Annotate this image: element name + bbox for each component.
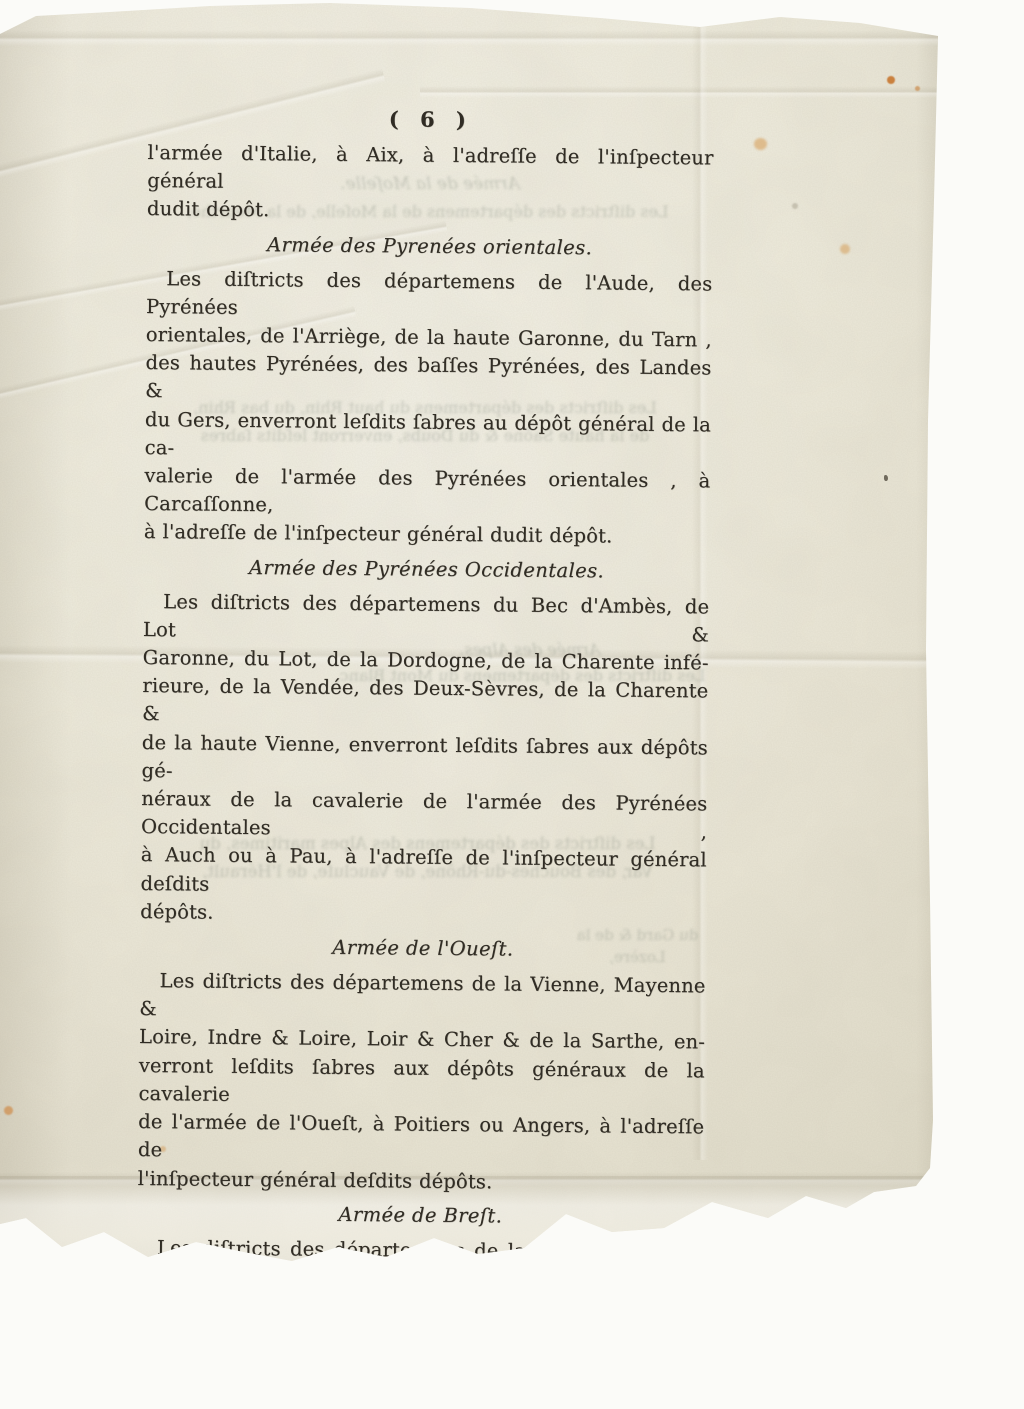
- text-line: de l'armée de l'Oueſt, à Poitiers ou Ang…: [138, 1108, 705, 1170]
- text-line: à l'adreſſe de l'inſpecteur général dudi…: [144, 518, 710, 552]
- paper-left-shading: [0, 0, 70, 1262]
- page-number: ( 6 ): [148, 104, 714, 134]
- text-block: ( 6 ) l'armée d'Italie, à Aix, à l'adreſ…: [136, 104, 714, 1332]
- text-line: Les diſtricts des départemens de la Loir…: [137, 1234, 704, 1296]
- text-line: valerie de l'armée des Pyrénées oriental…: [144, 462, 711, 524]
- text-line: à Auch ou à Pau, à l'adreſſe de l'inſpec…: [140, 841, 707, 903]
- text-line: Les diſtricts des départemens de la Vien…: [139, 967, 706, 1029]
- intro-paragraph: l'armée d'Italie, à Aix, à l'adreſſe de …: [147, 139, 714, 229]
- section-paragraph: Les diſtricts des départemens de l'Aude,…: [144, 265, 713, 552]
- text-line: dudit dépôt.: [147, 195, 713, 229]
- paper-sheet: Armée de la Moſelle.Les diſtricts des dé…: [0, 0, 938, 1262]
- text-line: néraux de la cavalerie de l'armée des Py…: [141, 785, 708, 847]
- section-heading: Armée de l'Oueſt.: [140, 934, 706, 962]
- text-line: du Gers, enverront leſdits ſabres au dép…: [145, 406, 712, 468]
- section-heading: Armée des Pyrénées Occidentales.: [143, 555, 709, 583]
- text-line: dépôts.: [140, 898, 706, 932]
- text-line: verront leſdits ſabres aux dépôts généra…: [138, 1052, 705, 1114]
- section-paragraph: Les diſtricts des départemens de la Vien…: [138, 967, 706, 1198]
- text-line: rieure, de la Vendée, des Deux-Sèvres, d…: [142, 672, 709, 734]
- text-line: des hautes Pyrénées, des baſſes Pyrénées…: [145, 349, 712, 411]
- text-line: l'inſpecteur général deſdits dépôts.: [138, 1164, 704, 1198]
- paper-right-shading: [916, 0, 938, 1262]
- text-line: Les diſtricts des départemens du Bec d'A…: [143, 588, 710, 650]
- section-heading: Armée des Pyrenées orientales.: [147, 232, 713, 260]
- text-line: Morbihan, du Finiſtère, des Côtes du Nor…: [136, 1290, 702, 1324]
- text-line: Les diſtricts des départemens de l'Aude,…: [146, 265, 713, 327]
- text-line: de la haute Vienne, enverront leſdits ſa…: [141, 729, 708, 791]
- section-paragraph: Les diſtricts des départemens de la Loir…: [136, 1234, 703, 1324]
- section-heading: Armée de Breſt.: [137, 1201, 703, 1229]
- section-paragraph: Les diſtricts des départemens du Bec d'A…: [140, 588, 709, 932]
- text-line: l'armée d'Italie, à Aix, à l'adreſſe de …: [147, 139, 714, 201]
